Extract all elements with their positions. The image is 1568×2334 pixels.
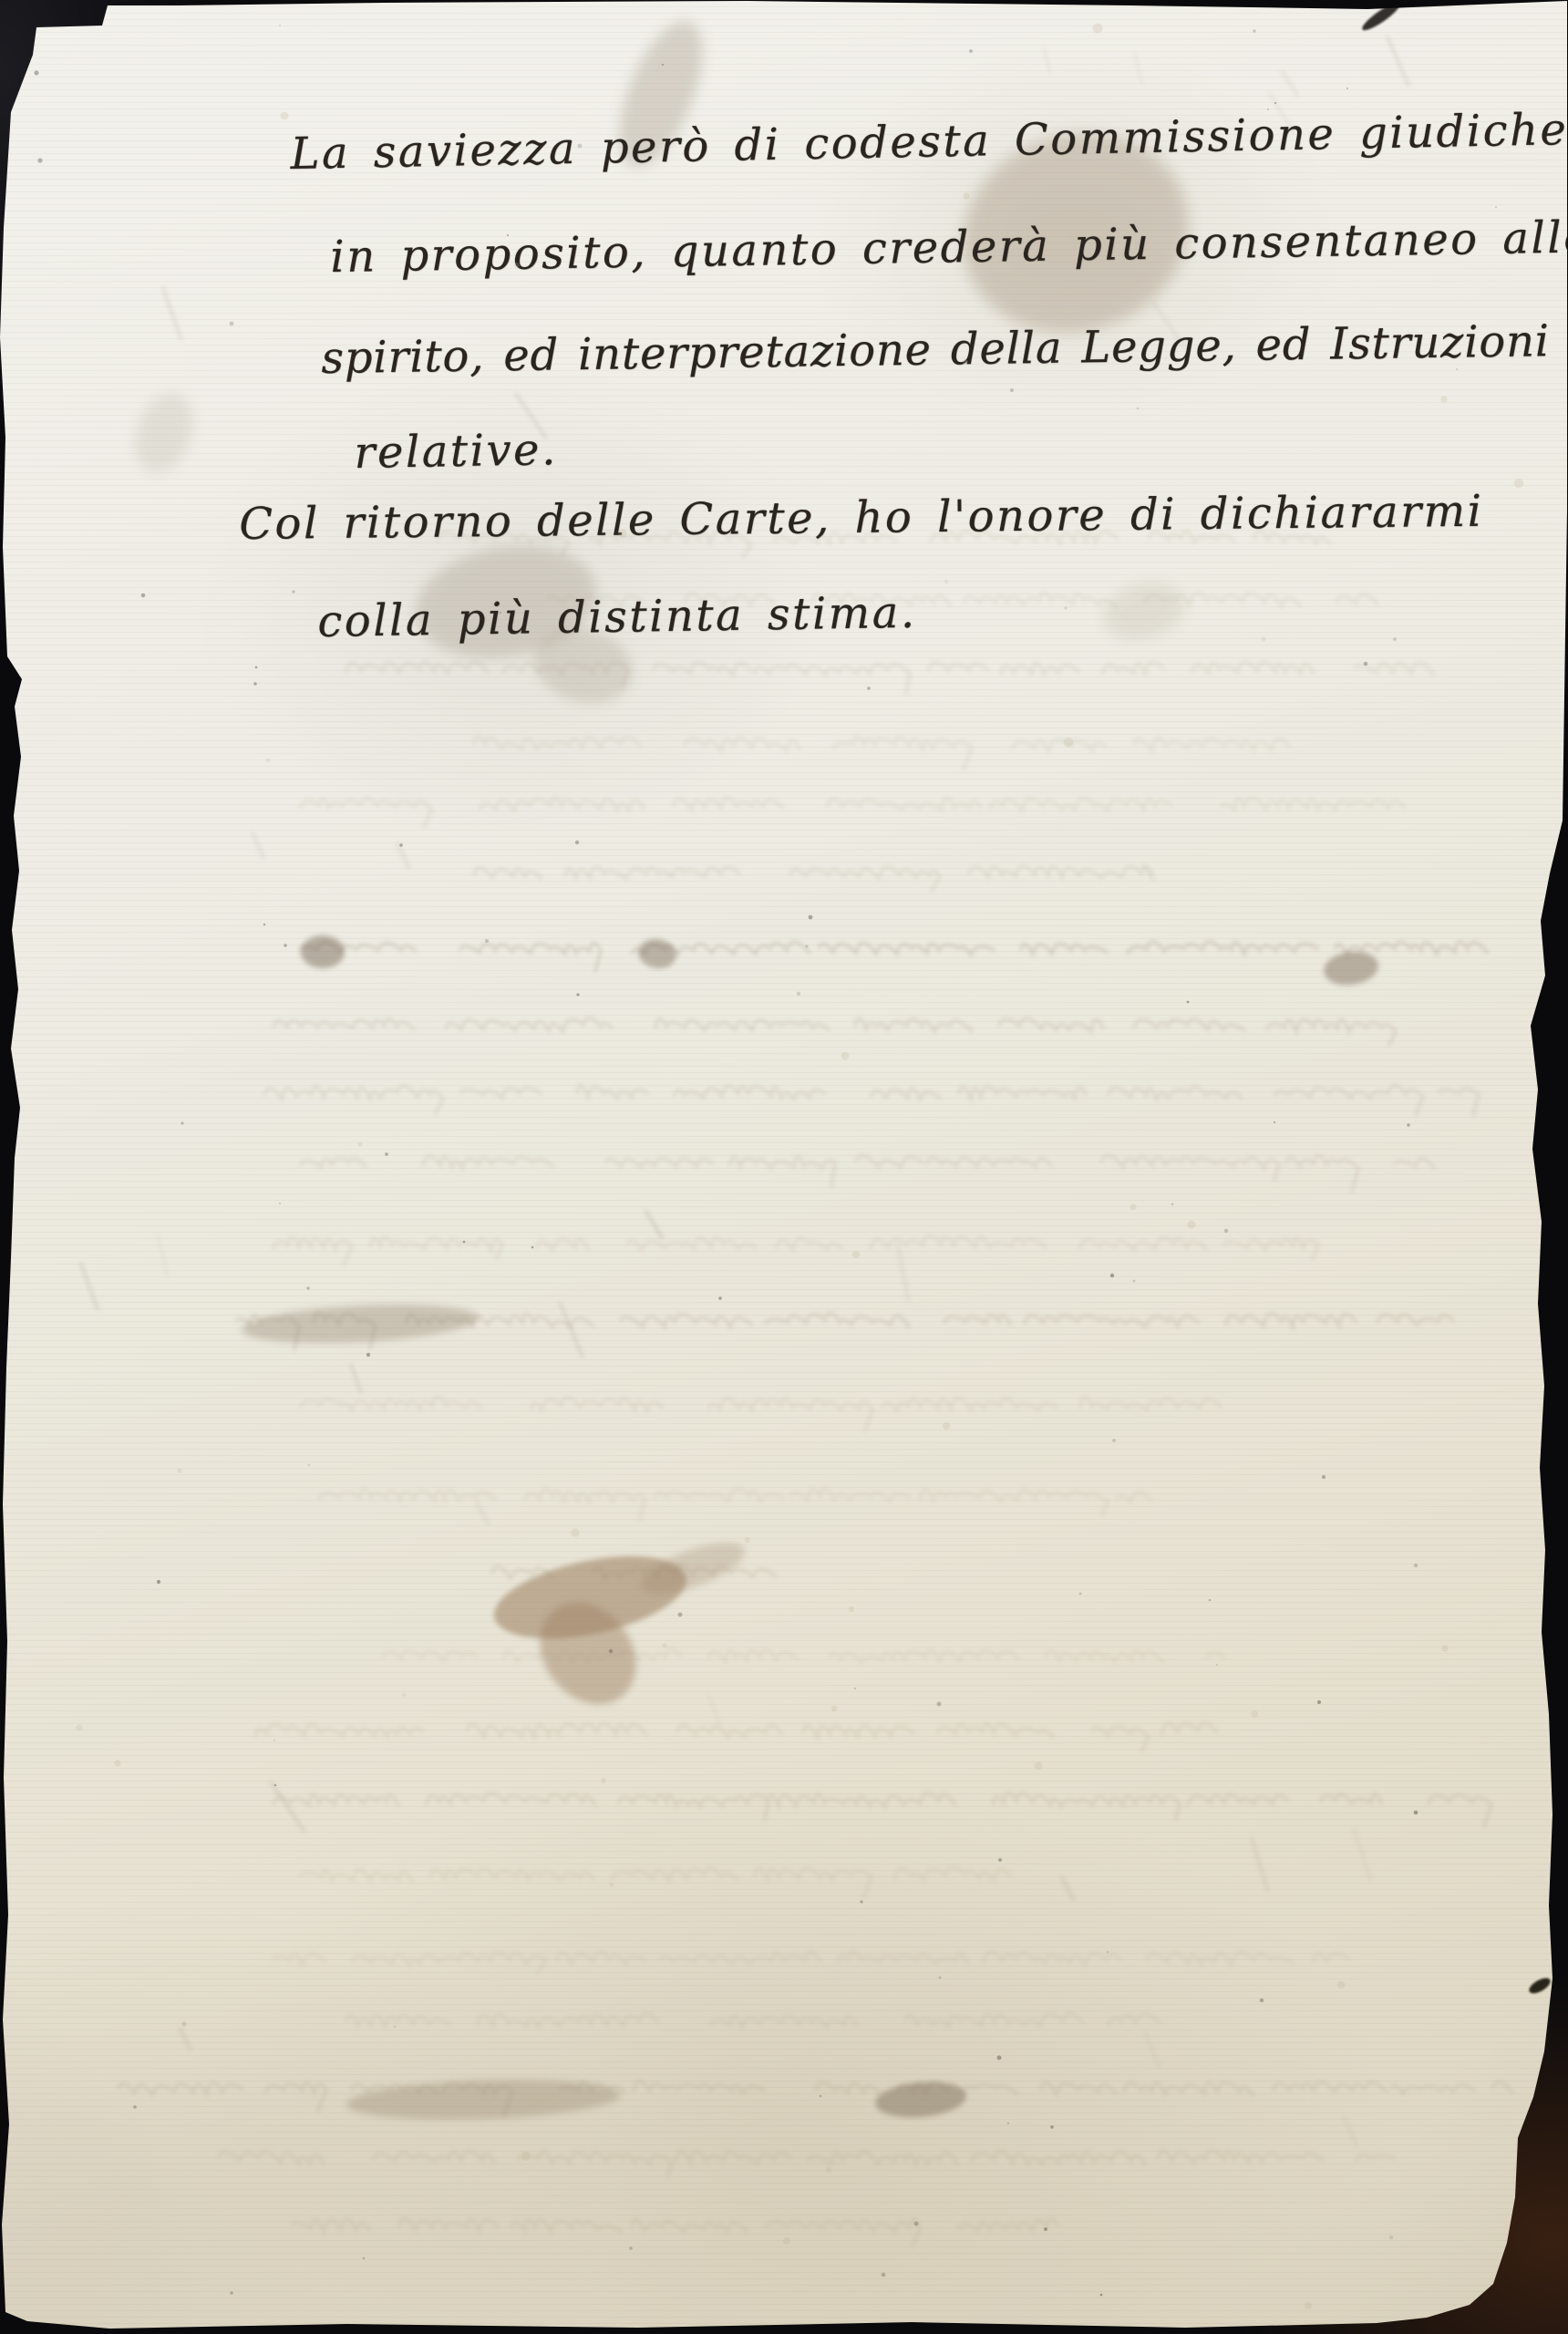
lighting-vignette — [0, 0, 1568, 2334]
manuscript-page: La saviezza però di codesta Commissione … — [0, 0, 1568, 2334]
photo-backdrop: La saviezza però di codesta Commissione … — [0, 0, 1568, 2334]
